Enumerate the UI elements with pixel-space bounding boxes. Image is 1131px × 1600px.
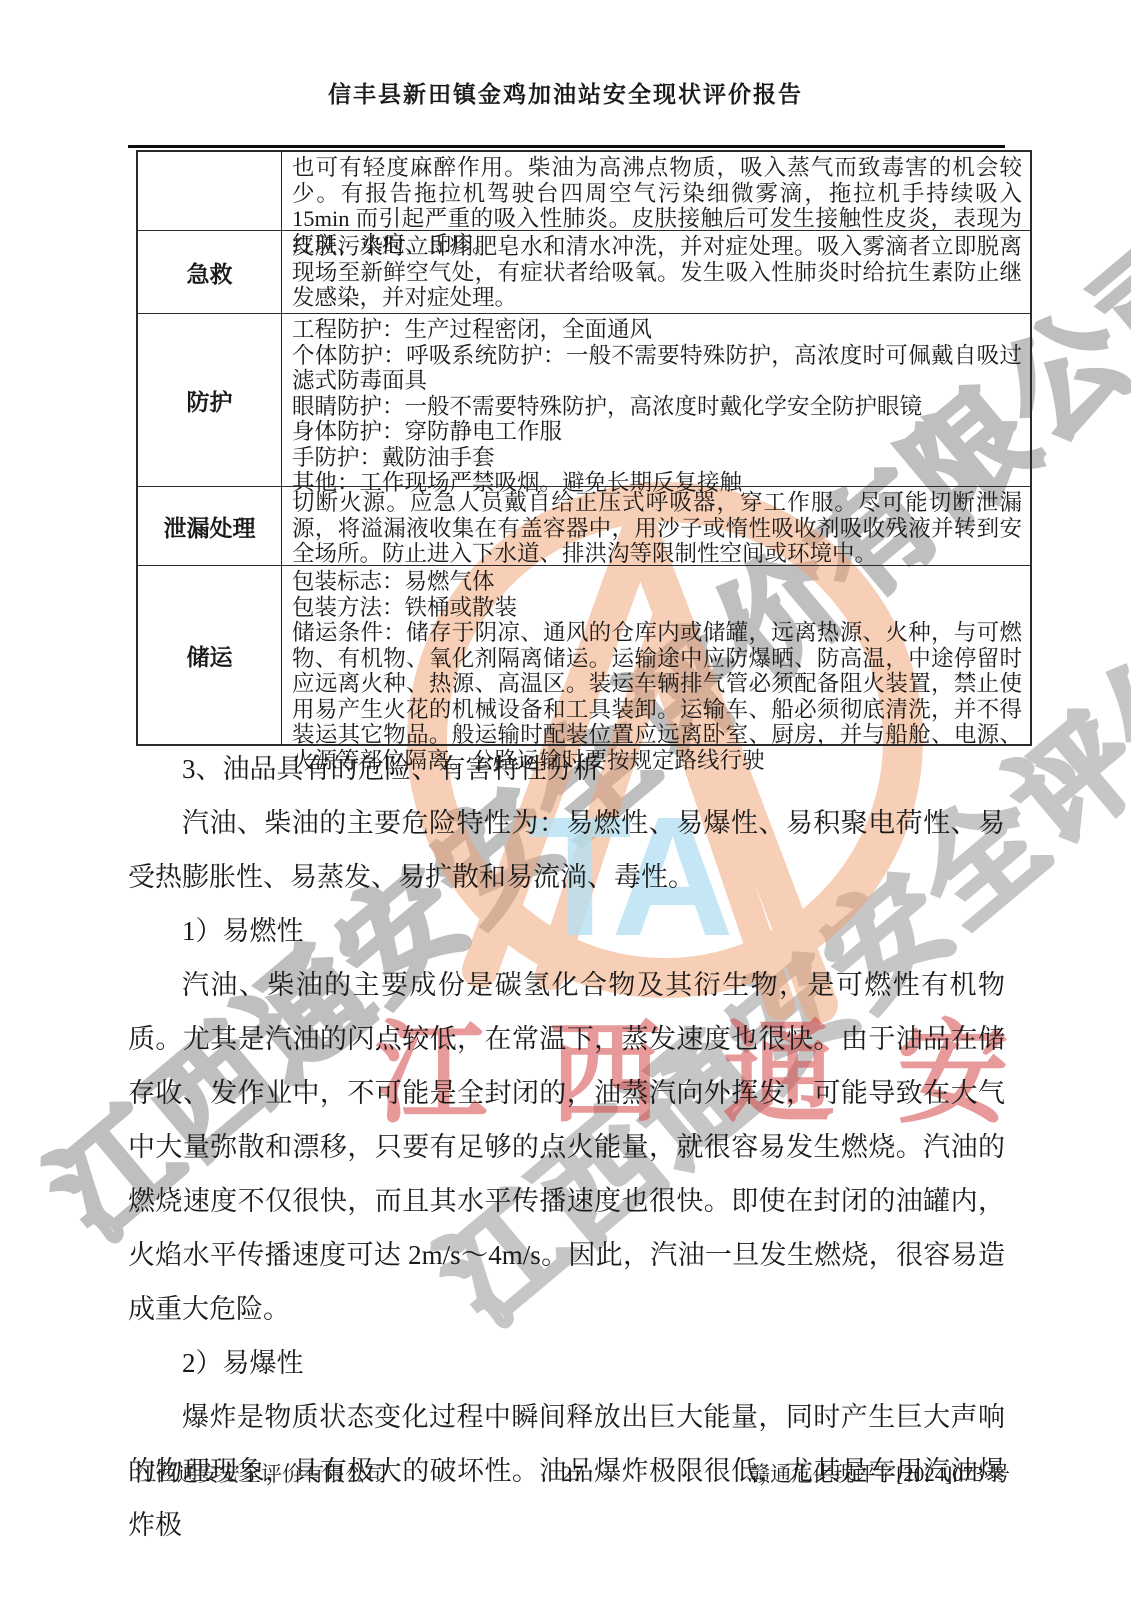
paragraph-hazard-summary: 汽油、柴油的主要危险特性为：易燃性、易爆性、易积聚电荷性、易受热膨胀性、易蒸发、… [128,796,1005,904]
section-heading-3: 3、油品具有的危险、有害特性分析 [128,742,1005,796]
cell-text: 工程防护：生产过程密闭，全面通风 [292,317,1022,343]
table-row: 防护 工程防护：生产过程密闭，全面通风 个体防护：呼吸系统防护：一般不需要特殊防… [138,314,1030,487]
subsection-heading-flammability: 1）易燃性 [128,904,1005,958]
footer-company-name: 江西通安安全评价有限公司 [135,1458,562,1488]
row-cell-first-aid: 皮肤污染时立即用肥皂水和清水冲洗，并对症处理。吸入雾滴者立即脱离现场至新鲜空气处… [282,231,1030,313]
paragraph-flammability: 汽油、柴油的主要成份是碳氢化合物及其衍生物，是可燃性有机物质。尤其是汽油的闪点较… [128,958,1005,1336]
page-header-title: 信丰县新田镇金鸡加油站安全现状评价报告 [0,76,1131,109]
header-rule [128,145,1005,148]
cell-text: 切断火源。应急人员戴自给正压式呼吸器，穿工作服。尽可能切断泄漏源，将溢漏液收集在… [292,490,1022,567]
footer-doc-number: 赣通危化现评字[2024]073 号 [584,1458,1011,1488]
row-label-first-aid: 急救 [138,231,282,313]
cell-text: 皮肤污染时立即用肥皂水和清水冲洗，并对症处理。吸入雾滴者立即脱离现场至新鲜空气处… [292,234,1022,311]
cell-text: 眼睛防护：一般不需要特殊防护，高浓度时戴化学安全防护眼镜 [292,394,1022,420]
report-page: 江西通安安全评价有限公司 江西通安安全评价有限公司 TA 江西通安 信丰县新田镇… [0,0,1131,1600]
subsection-heading-explosiveness: 2）易爆性 [128,1336,1005,1390]
cell-text: 个体防护：呼吸系统防护：一般不需要特殊防护，高浓度时可佩戴自吸过滤式防毒面具 [292,343,1022,394]
footer-page-number: 27 [562,1461,584,1487]
row-cell-storage-transport: 包装标志：易燃气体 包装方法：铁桶或散装 储运条件：储存于阴凉、通风的仓库内或储… [282,566,1030,744]
row-cell-health-effects: 也可有轻度麻醉作用。柴油为高沸点物质，吸入蒸气而致毒害的机会较少。有报告拖拉机驾… [282,152,1030,230]
row-cell-leak-handling: 切断火源。应急人员戴自给正压式呼吸器，穿工作服。尽可能切断泄漏源，将溢漏液收集在… [282,487,1030,565]
table-row: 急救 皮肤污染时立即用肥皂水和清水冲洗，并对症处理。吸入雾滴者立即脱离现场至新鲜… [138,231,1030,314]
page-footer: 江西通安安全评价有限公司 27 赣通危化现评字[2024]073 号 [135,1458,1010,1488]
row-label-storage-transport: 储运 [138,566,282,744]
table-row: 也可有轻度麻醉作用。柴油为高沸点物质，吸入蒸气而致毒害的机会较少。有报告拖拉机驾… [138,152,1030,231]
table-row: 泄漏处理 切断火源。应急人员戴自给正压式呼吸器，穿工作服。尽可能切断泄漏源，将溢… [138,487,1030,566]
row-label-leak-handling: 泄漏处理 [138,487,282,565]
table-row: 储运 包装标志：易燃气体 包装方法：铁桶或散装 储运条件：储存于阴凉、通风的仓库… [138,566,1030,744]
row-label-protection: 防护 [138,314,282,486]
cell-text: 身体防护：穿防静电工作服 [292,419,1022,445]
body-text: 3、油品具有的危险、有害特性分析 汽油、柴油的主要危险特性为：易燃性、易爆性、易… [128,742,1005,1552]
cell-text: 包装方法：铁桶或散装 [292,595,1022,621]
row-label-empty [138,152,282,230]
row-cell-protection: 工程防护：生产过程密闭，全面通风 个体防护：呼吸系统防护：一般不需要特殊防护，高… [282,314,1030,486]
cell-text: 包装标志：易燃气体 [292,569,1022,595]
hazard-info-table: 也可有轻度麻醉作用。柴油为高沸点物质，吸入蒸气而致毒害的机会较少。有报告拖拉机驾… [136,150,1032,746]
cell-text: 手防护：戴防油手套 [292,445,1022,471]
